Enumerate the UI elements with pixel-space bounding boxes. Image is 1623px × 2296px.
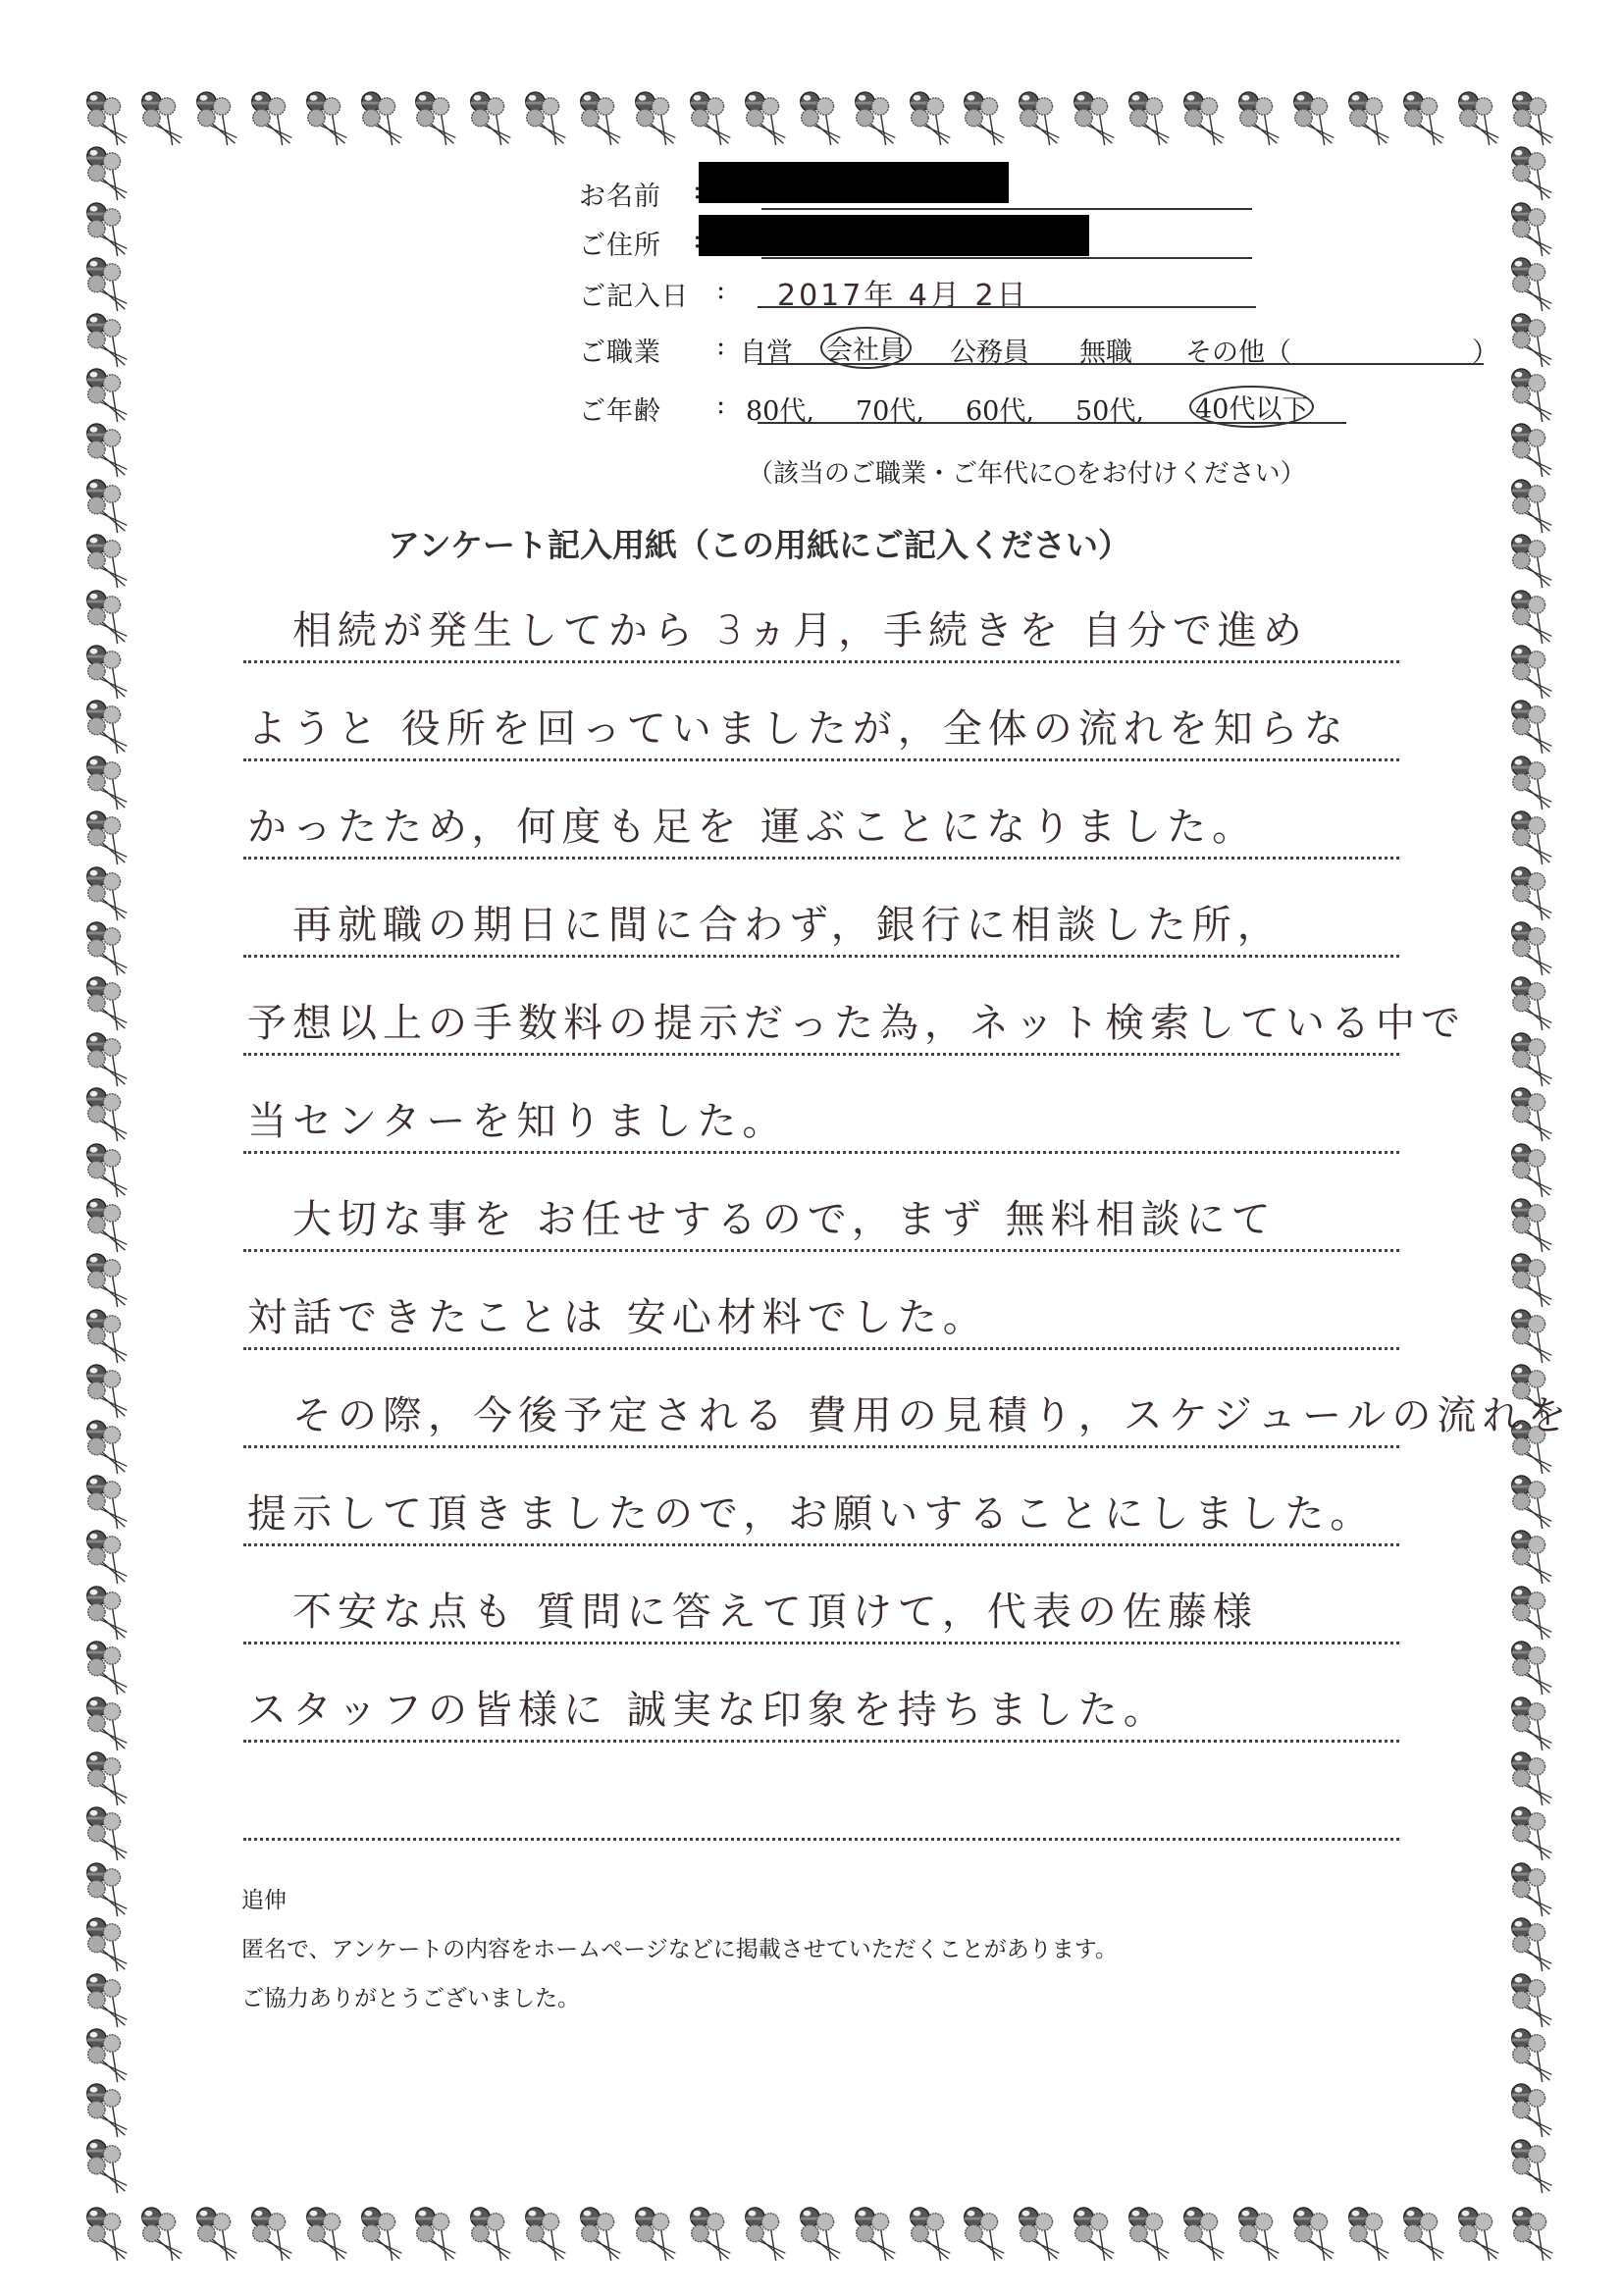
address-redaction bbox=[699, 215, 1089, 256]
balloon-bunch-icon bbox=[1125, 90, 1176, 147]
balloon-bunch-icon bbox=[1507, 644, 1558, 701]
balloon-bunch-icon bbox=[851, 2206, 902, 2263]
answer-line-text: 対話できたことは 安心材料でした。 bbox=[247, 1286, 988, 1342]
balloon-bunch-icon bbox=[82, 145, 133, 202]
balloon-bunch-icon bbox=[82, 1696, 133, 1752]
dotted-rule bbox=[243, 660, 1399, 663]
balloon-bunch-icon bbox=[741, 90, 792, 147]
balloon-bunch-icon bbox=[82, 533, 133, 590]
balloon-bunch-icon bbox=[741, 2206, 792, 2263]
balloon-bunch-icon bbox=[82, 1916, 133, 1973]
balloon-bunch-icon bbox=[1344, 2206, 1395, 2263]
address-label: ご住所 bbox=[579, 224, 661, 262]
balloon-bunch-icon bbox=[1507, 1031, 1558, 1088]
balloon-bunch-icon bbox=[192, 90, 243, 147]
balloon-bunch-icon bbox=[82, 256, 133, 313]
balloon-bunch-icon bbox=[1344, 90, 1395, 147]
balloon-bunch-icon bbox=[82, 1142, 133, 1199]
balloon-bunch-icon bbox=[82, 422, 133, 479]
balloon-bunch-icon bbox=[1507, 1805, 1558, 1862]
balloon-bunch-icon bbox=[796, 2206, 847, 2263]
balloon-bunch-icon bbox=[1507, 975, 1558, 1032]
balloon-bunch-icon bbox=[686, 90, 737, 147]
dotted-rule bbox=[243, 1151, 1399, 1154]
balloon-bunch-icon bbox=[1507, 2082, 1558, 2139]
balloon-bunch-icon bbox=[82, 201, 133, 258]
balloon-bunch-icon bbox=[82, 2082, 133, 2139]
balloon-bunch-icon bbox=[1015, 2206, 1066, 2263]
balloon-bunch-icon bbox=[1507, 145, 1558, 202]
balloon-bunch-icon bbox=[82, 1861, 133, 1918]
balloon-bunch-icon bbox=[82, 90, 133, 147]
balloon-bunch-icon bbox=[1507, 865, 1558, 922]
answer-line-text: 予想以上の手数料の提示だった為，ネット検索している中で bbox=[247, 992, 1466, 1048]
balloon-bunch-icon bbox=[960, 90, 1011, 147]
form-title: アンケート記入用紙（この用紙にご記入ください） bbox=[388, 520, 1130, 566]
dotted-rule bbox=[243, 1445, 1399, 1448]
balloon-bunch-icon bbox=[247, 90, 298, 147]
balloon-bunch-icon bbox=[82, 312, 133, 369]
occupation-label: ご職業 bbox=[579, 331, 661, 369]
address-field[interactable] bbox=[761, 257, 1252, 259]
balloon-bunch-icon bbox=[411, 2206, 462, 2263]
balloon-bunch-icon bbox=[1507, 699, 1558, 756]
balloon-bunch-icon bbox=[82, 809, 133, 866]
balloon-bunch-icon bbox=[1508, 2206, 1559, 2263]
answer-line-text: 大切な事を お任せするので，まず 無料相談にて bbox=[247, 1188, 1277, 1244]
balloon-bunch-icon bbox=[82, 1031, 133, 1088]
answer-line-text: ようと 役所を回っていましたが，全体の流れを知らな bbox=[247, 698, 1349, 754]
balloon-bunch-icon bbox=[1507, 589, 1558, 646]
dotted-rule bbox=[243, 1249, 1399, 1252]
occupation-colon: : bbox=[716, 331, 725, 361]
balloon-bunch-icon bbox=[1454, 90, 1505, 147]
balloon-bunch-icon bbox=[796, 90, 847, 147]
answer-line-text: 不安な点も 質問に答えて頂けて，代表の佐藤様 bbox=[247, 1581, 1258, 1637]
balloon-bunch-icon bbox=[1399, 2206, 1450, 2263]
balloon-bunch-icon bbox=[1179, 2206, 1230, 2263]
balloon-bunch-icon bbox=[137, 2206, 188, 2263]
balloon-bunch-icon bbox=[1070, 90, 1121, 147]
balloon-bunch-icon bbox=[1289, 90, 1340, 147]
balloon-bunch-icon bbox=[851, 90, 902, 147]
balloon-bunch-icon bbox=[1507, 920, 1558, 977]
balloon-bunch-icon bbox=[1507, 1197, 1558, 1254]
balloon-bunch-icon bbox=[576, 2206, 627, 2263]
answer-line-text: 当センターを知りました。 bbox=[247, 1090, 787, 1146]
balloon-bunch-icon bbox=[82, 1308, 133, 1365]
dotted-rule bbox=[243, 1740, 1399, 1743]
dotted-rule bbox=[243, 1053, 1399, 1056]
balloon-bunch-icon bbox=[1507, 1252, 1558, 1309]
balloon-bunch-icon bbox=[1507, 2138, 1558, 2195]
dotted-rule bbox=[243, 1347, 1399, 1350]
balloon-bunch-icon bbox=[1507, 1474, 1558, 1531]
balloon-bunch-icon bbox=[521, 2206, 572, 2263]
balloon-bunch-icon bbox=[1507, 1529, 1558, 1586]
name-field[interactable] bbox=[761, 208, 1252, 210]
balloon-bunch-icon bbox=[1234, 2206, 1285, 2263]
balloon-bunch-icon bbox=[1507, 1585, 1558, 1642]
balloon-bunch-icon bbox=[1507, 201, 1558, 258]
balloon-bunch-icon bbox=[1179, 90, 1230, 147]
name-redaction bbox=[699, 162, 1009, 203]
balloon-bunch-icon bbox=[411, 90, 462, 147]
balloon-bunch-icon bbox=[82, 2206, 133, 2263]
balloon-bunch-icon bbox=[1508, 90, 1559, 147]
balloon-bunch-icon bbox=[686, 2206, 737, 2263]
balloon-bunch-icon bbox=[466, 90, 517, 147]
balloon-bunch-icon bbox=[82, 2027, 133, 2084]
balloon-bunch-icon bbox=[82, 1363, 133, 1420]
balloon-bunch-icon bbox=[82, 1474, 133, 1531]
age-colon: : bbox=[716, 390, 725, 420]
answer-line-text: かったため，何度も足を 運ぶことになりました。 bbox=[247, 796, 1257, 852]
balloon-bunch-icon bbox=[82, 1419, 133, 1476]
dotted-rule bbox=[243, 1838, 1399, 1841]
balloon-bunch-icon bbox=[1507, 533, 1558, 590]
balloon-bunch-icon bbox=[1070, 2206, 1121, 2263]
postscript-line-1: 匿名で、アンケートの内容をホームページなどに掲載させていただくことがあります。 bbox=[241, 1931, 1118, 1963]
balloon-bunch-icon bbox=[302, 2206, 353, 2263]
dotted-rule bbox=[243, 758, 1399, 761]
answer-line-text: 再就職の期日に間に合わず，銀行に相談した所， bbox=[247, 894, 1283, 950]
balloon-bunch-icon bbox=[1289, 2206, 1340, 2263]
balloon-bunch-icon bbox=[1507, 1308, 1558, 1365]
balloon-bunch-icon bbox=[82, 1529, 133, 1586]
answer-line-text: 相続が発生してから 3ヵ月，手続きを 自分で進め bbox=[247, 600, 1308, 655]
balloon-bunch-icon bbox=[631, 90, 682, 147]
balloon-bunch-icon bbox=[1507, 2027, 1558, 2084]
balloon-bunch-icon bbox=[82, 1750, 133, 1807]
balloon-bunch-icon bbox=[82, 1086, 133, 1143]
balloon-bunch-icon bbox=[906, 2206, 957, 2263]
balloon-bunch-icon bbox=[302, 90, 353, 147]
balloon-bunch-icon bbox=[82, 2138, 133, 2195]
balloon-bunch-icon bbox=[1507, 1750, 1558, 1807]
balloon-bunch-icon bbox=[82, 1972, 133, 2029]
answer-line-text: スタッフの皆様に 誠実な印象を持ちました。 bbox=[247, 1679, 1169, 1735]
balloon-bunch-icon bbox=[1507, 1640, 1558, 1696]
balloon-bunch-icon bbox=[1399, 90, 1450, 147]
balloon-bunch-icon bbox=[247, 2206, 298, 2263]
balloon-bunch-icon bbox=[906, 90, 957, 147]
balloon-bunch-icon bbox=[82, 755, 133, 811]
balloon-bunch-icon bbox=[1507, 422, 1558, 479]
balloon-bunch-icon bbox=[1507, 809, 1558, 866]
balloon-bunch-icon bbox=[82, 1252, 133, 1309]
balloon-bunch-icon bbox=[1507, 367, 1558, 424]
balloon-bunch-icon bbox=[631, 2206, 682, 2263]
postscript-line-2: ご協力ありがとうございました。 bbox=[241, 1980, 580, 2012]
balloon-bunch-icon bbox=[1507, 478, 1558, 535]
balloon-bunch-icon bbox=[82, 589, 133, 646]
postscript-heading: 追伸 bbox=[241, 1882, 287, 1914]
balloon-bunch-icon bbox=[192, 2206, 243, 2263]
dotted-rule bbox=[243, 857, 1399, 860]
age-label: ご年齢 bbox=[579, 390, 661, 428]
balloon-bunch-icon bbox=[82, 1805, 133, 1862]
balloon-bunch-icon bbox=[82, 478, 133, 535]
balloon-bunch-icon bbox=[357, 2206, 408, 2263]
balloon-bunch-icon bbox=[1507, 1696, 1558, 1752]
answer-line-text: その際，今後予定される 費用の見積り，スケジュールの流れを bbox=[247, 1384, 1572, 1440]
balloon-bunch-icon bbox=[82, 367, 133, 424]
balloon-bunch-icon bbox=[1234, 90, 1285, 147]
date-colon: : bbox=[716, 275, 725, 305]
instruction-note: （該当のご職業・ご年代に○をお付けください） bbox=[748, 453, 1306, 490]
balloon-bunch-icon bbox=[82, 644, 133, 701]
balloon-bunch-icon bbox=[1015, 90, 1066, 147]
occupation-underline bbox=[758, 363, 1484, 365]
balloon-bunch-icon bbox=[137, 90, 188, 147]
balloon-bunch-icon bbox=[1507, 312, 1558, 369]
dotted-rule bbox=[243, 955, 1399, 958]
balloon-bunch-icon bbox=[960, 2206, 1011, 2263]
balloon-bunch-icon bbox=[82, 920, 133, 977]
balloon-bunch-icon bbox=[82, 1585, 133, 1642]
balloon-bunch-icon bbox=[357, 90, 408, 147]
balloon-bunch-icon bbox=[1507, 1916, 1558, 1973]
balloon-bunch-icon bbox=[1507, 1142, 1558, 1199]
balloon-bunch-icon bbox=[1507, 1861, 1558, 1918]
dotted-rule bbox=[243, 1543, 1399, 1546]
balloon-bunch-icon bbox=[521, 90, 572, 147]
date-label: ご記入日 bbox=[579, 275, 689, 313]
date-field bbox=[758, 306, 1256, 308]
balloon-bunch-icon bbox=[576, 90, 627, 147]
answer-line-text: 提示して頂きましたので，お願いすることにしました。 bbox=[247, 1483, 1375, 1539]
balloon-bunch-icon bbox=[82, 865, 133, 922]
age-underline bbox=[758, 422, 1346, 424]
balloon-bunch-icon bbox=[1507, 1086, 1558, 1143]
dotted-rule bbox=[243, 1642, 1399, 1644]
balloon-bunch-icon bbox=[1507, 1972, 1558, 2029]
name-label: お名前 bbox=[579, 175, 661, 213]
balloon-bunch-icon bbox=[82, 1640, 133, 1696]
balloon-bunch-icon bbox=[1507, 755, 1558, 811]
balloon-bunch-icon bbox=[1454, 2206, 1505, 2263]
balloon-bunch-icon bbox=[82, 699, 133, 756]
balloon-bunch-icon bbox=[82, 1197, 133, 1254]
balloon-bunch-icon bbox=[466, 2206, 517, 2263]
balloon-bunch-icon bbox=[1507, 256, 1558, 313]
balloon-bunch-icon bbox=[82, 975, 133, 1032]
balloon-bunch-icon bbox=[1125, 2206, 1176, 2263]
